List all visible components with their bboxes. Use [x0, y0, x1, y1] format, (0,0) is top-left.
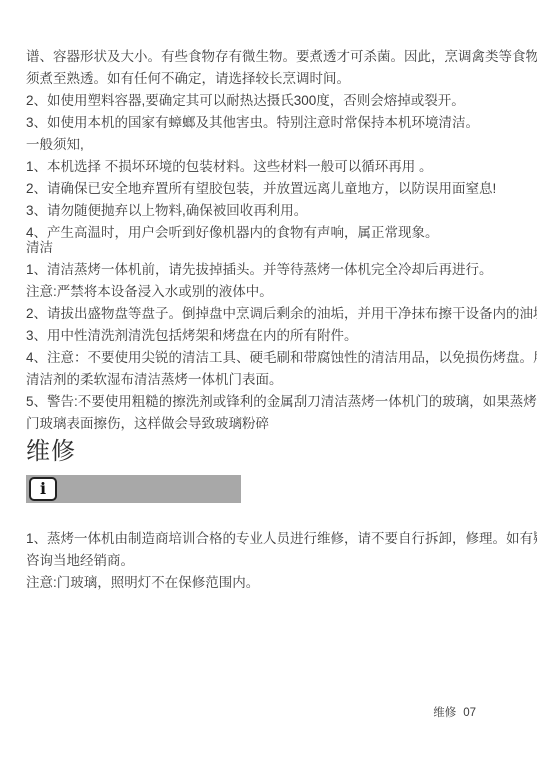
cleaning-section-paragraph: 清洁1、清洁蒸烤一体机前，请先拔掉插头。并等待蒸烤一体机完全冷却后再进行。注意:… — [26, 237, 517, 435]
text-line: 一般须知, — [26, 134, 517, 156]
text-line: 1、清洁蒸烤一体机前，请先拔掉插头。并等待蒸烤一体机完全冷却后再进行。 — [26, 259, 517, 281]
text-line: 咨询当地经销商。 — [26, 550, 517, 572]
maintenance-section-heading: 维修 — [26, 431, 76, 466]
footer-page-number: 07 — [463, 707, 476, 719]
text-line: 注意:严禁将本设备浸入水或别的液体中。 — [26, 281, 517, 303]
text-line: 注意:门玻璃，照明灯不在保修范围内。 — [26, 572, 517, 594]
intro-and-general-notes-paragraph: 谱、容器形状及大小。有些食物存有微生物。要煮透才可杀菌。因此，烹调禽类等食物时，… — [26, 46, 517, 244]
text-line: 3、如使用本机的国家有蟑螂及其他害虫。特别注意时常保持本机环境清洁。 — [26, 112, 517, 134]
text-line: 清洁剂的柔软湿布清洁蒸烤一体机门表面。 — [26, 369, 517, 391]
text-line: 4、注意：不要使用尖锐的清洁工具、硬毛刷和带腐蚀性的清洁用品，以免损伤烤盘。用浸… — [26, 347, 517, 369]
text-line: 门玻璃表面擦伤，这样做会导致玻璃粉碎 — [26, 413, 517, 435]
text-line: 3、用中性清洗剂清洗包括烤架和烤盘在内的所有附件。 — [26, 325, 517, 347]
footer-section-label: 维修 — [433, 707, 456, 719]
text-line: 1、本机选择 不损坏环境的包装材料。这些材料一般可以循环再用 。 — [26, 156, 517, 178]
text-line: 2、如使用塑料容器,要确定其可以耐热达摄氏300度，否则会熔掉或裂开。 — [26, 90, 517, 112]
text-line: 谱、容器形状及大小。有些食物存有微生物。要煮透才可杀菌。因此，烹调禽类等食物时，… — [26, 46, 517, 68]
info-icon: i — [29, 477, 57, 501]
text-line: 1、蒸烤一体机由制造商培训合格的专业人员进行维修，请不要自行拆卸，修理。如有疑问… — [26, 528, 517, 550]
text-line: 清洁 — [26, 237, 517, 259]
maintenance-section-paragraph: 1、蒸烤一体机由制造商培训合格的专业人员进行维修，请不要自行拆卸，修理。如有疑问… — [26, 528, 517, 594]
page-footer: 维修07 — [433, 706, 476, 720]
text-line: 2、请确保已安全地弃置所有望胶包装，并放置远离儿童地方，以防误用面窒息! — [26, 178, 517, 200]
text-line: 3、请勿随便抛弃以上物料,确保被回收再利用。 — [26, 200, 517, 222]
text-line: 须煮至熟透。如有任何不确定，请选择较长烹调时间。 — [26, 68, 517, 90]
manual-page: 谱、容器形状及大小。有些食物存有微生物。要煮透才可杀菌。因此，烹调禽类等食物时，… — [0, 0, 537, 781]
text-line: 2、请拔出盛物盘等盘子。倒掉盘中烹调后剩余的油垢，并用干净抹布擦干设备内的油垢。 — [26, 303, 517, 325]
info-banner-bar: i — [26, 475, 241, 503]
text-line: 5、警告:不要使用粗糙的擦洗剂或锋利的金属刮刀清洁蒸烤一体机门的玻璃，如果蒸烤一… — [26, 391, 517, 413]
